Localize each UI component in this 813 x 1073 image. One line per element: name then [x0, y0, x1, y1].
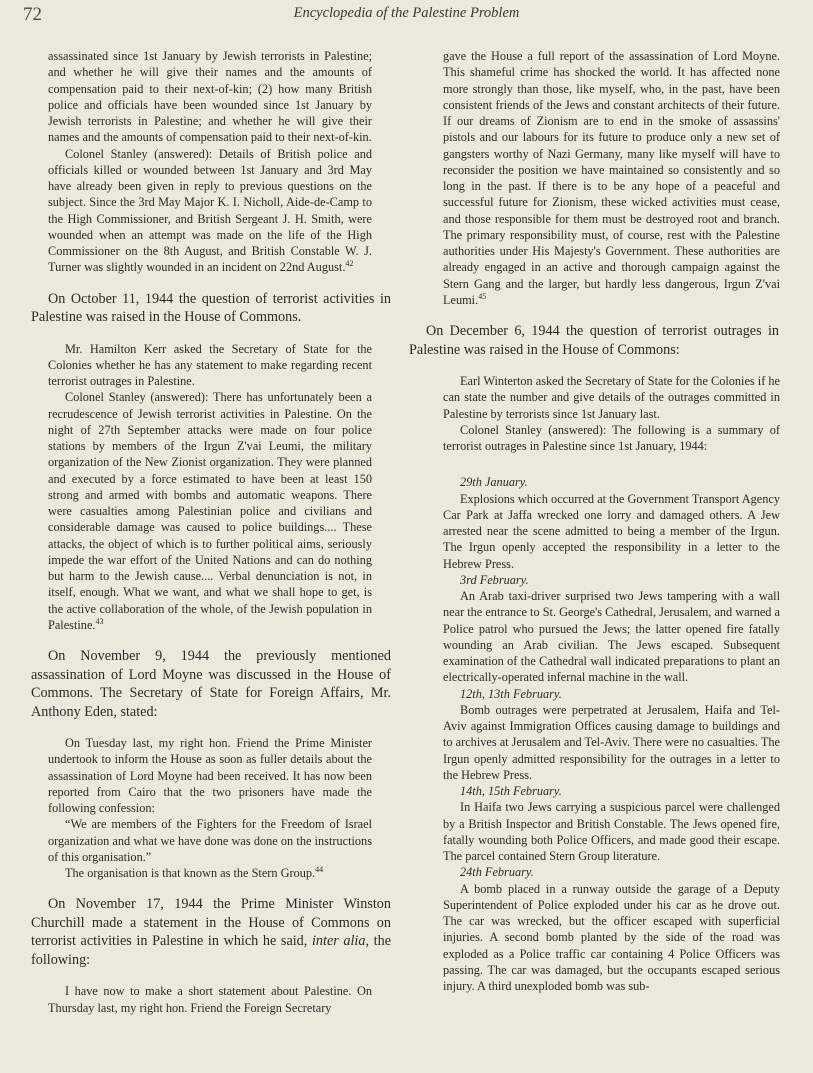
quote-paragraph: On Tuesday last, my right hon. Friend th… [48, 735, 372, 816]
entry-date: 24th February. [443, 864, 780, 880]
footnote-ref: 43 [95, 617, 103, 626]
quote-paragraph: assassinated since 1st January by Jewish… [48, 48, 372, 146]
entry-text: Explosions which occurred at the Governm… [443, 491, 780, 572]
narrative-paragraph: On October 11, 1944 the question of terr… [31, 290, 391, 327]
entry-date: 14th, 15th February. [443, 783, 780, 799]
quote-churchill-statement-continued: gave the House a full report of the assa… [426, 48, 780, 308]
narrative-paragraph: On November 9, 1944 the previously menti… [31, 647, 391, 721]
quote-paragraph: The organisation is that known as the St… [48, 865, 372, 881]
footnote-ref: 45 [478, 292, 486, 301]
quote-paragraph: “We are members of the Fighters for the … [48, 816, 372, 865]
quote-parliamentary-question-winterton: Earl Winterton asked the Secretary of St… [426, 373, 780, 994]
right-column: gave the House a full report of the assa… [426, 48, 780, 994]
quote-paragraph: gave the House a full report of the assa… [443, 48, 780, 308]
quote-parliamentary-question-2: Mr. Hamilton Kerr asked the Secretary of… [31, 341, 372, 634]
left-column: assassinated since 1st January by Jewish… [31, 48, 372, 1016]
outrage-entries-list: 29th January.Explosions which occurred a… [443, 474, 780, 994]
entry-text: Bomb outrages were perpetrated at Jerusa… [443, 702, 780, 783]
entry-date: 29th January. [443, 474, 780, 490]
footnote-ref: 44 [315, 865, 323, 874]
narrative-paragraph: On December 6, 1944 the question of terr… [409, 322, 779, 359]
quote-paragraph: Colonel Stanley (answered): The followin… [443, 422, 780, 455]
quote-paragraph: Colonel Stanley (answered): There has un… [48, 389, 372, 633]
quote-paragraph: I have now to make a short statement abo… [48, 983, 372, 1016]
quote-parliamentary-question-1: assassinated since 1st January by Jewish… [31, 48, 372, 276]
quote-churchill-statement: I have now to make a short statement abo… [31, 983, 372, 1016]
quote-paragraph: Earl Winterton asked the Secretary of St… [443, 373, 780, 422]
entry-date: 12th, 13th February. [443, 686, 780, 702]
footnote-ref: 42 [345, 259, 353, 268]
quote-eden-statement: On Tuesday last, my right hon. Friend th… [31, 735, 372, 881]
entry-text: A bomb placed in a runway outside the ga… [443, 881, 780, 995]
running-title: Encyclopedia of the Palestine Problem [0, 5, 813, 22]
entry-text: An Arab taxi-driver surprised two Jews t… [443, 588, 780, 686]
quote-paragraph: Mr. Hamilton Kerr asked the Secretary of… [48, 341, 372, 390]
entry-date: 3rd February. [443, 572, 780, 588]
quote-paragraph: Colonel Stanley (answered): Details of B… [48, 146, 372, 276]
entry-text: In Haifa two Jews carrying a suspicious … [443, 799, 780, 864]
narrative-paragraph: On November 17, 1944 the Prime Minister … [31, 895, 391, 969]
